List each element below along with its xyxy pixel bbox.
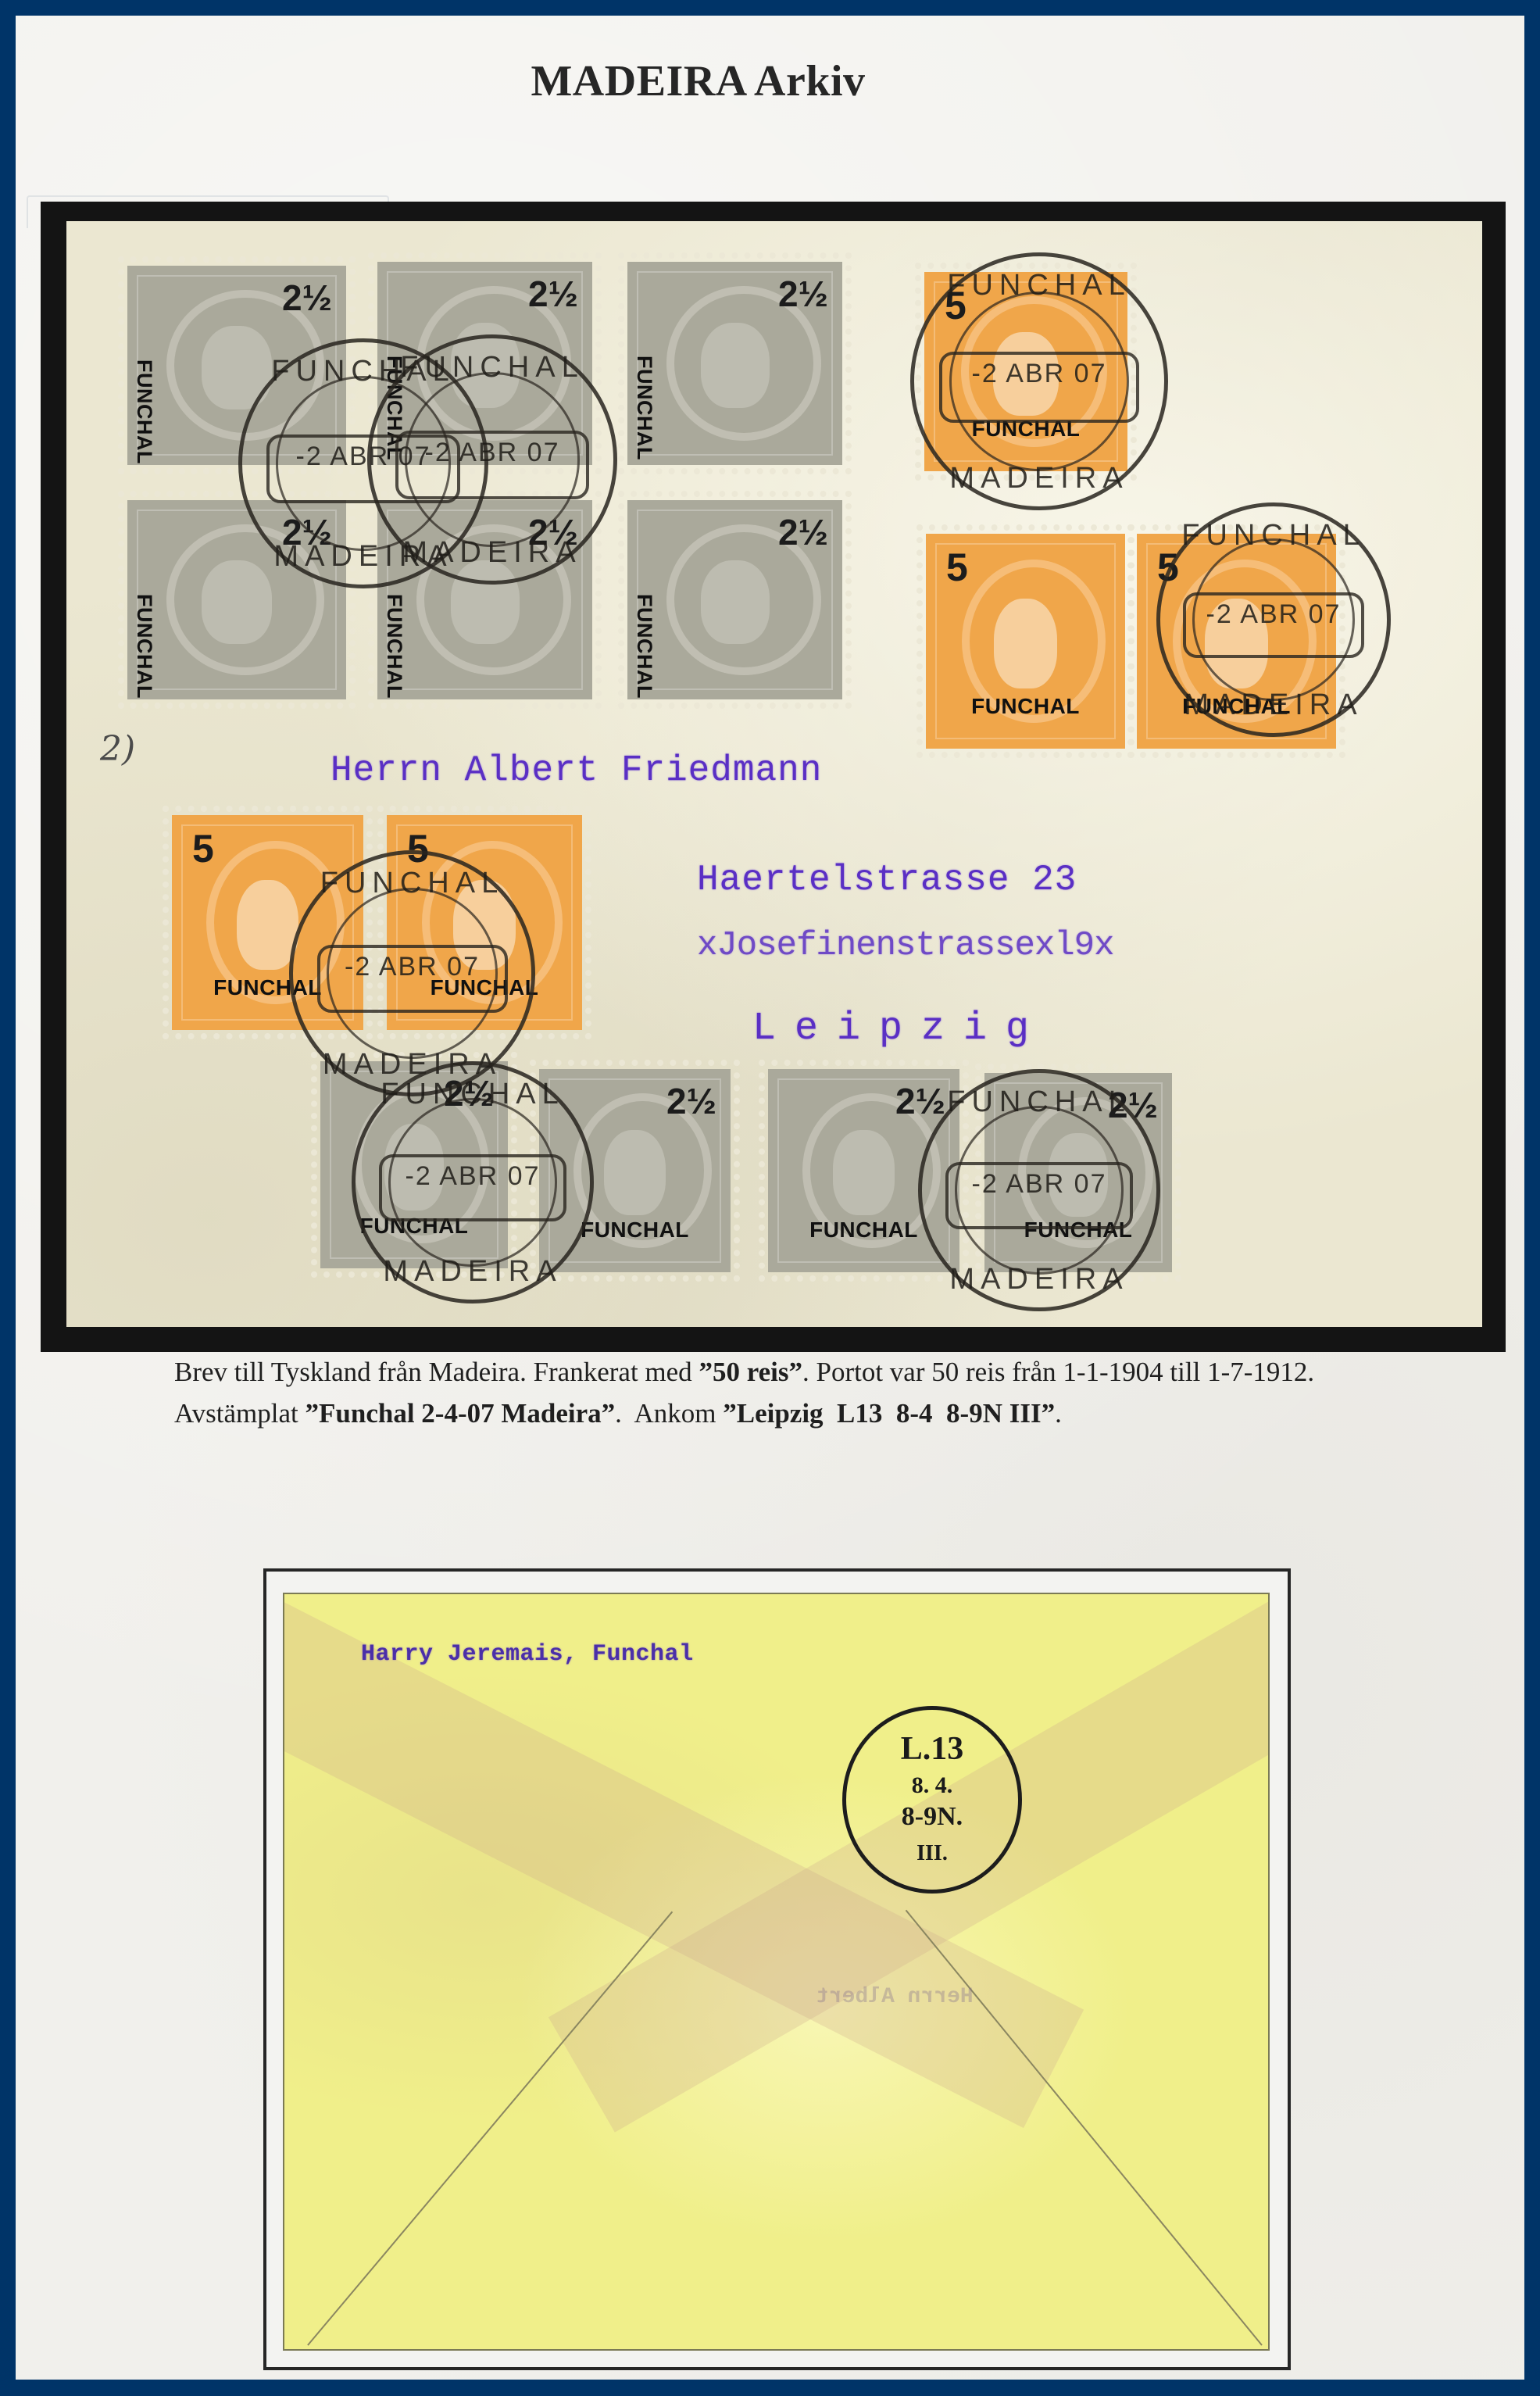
stamp-value: 2½ (1108, 1084, 1158, 1126)
postmark-line: 8. 4. (846, 1772, 1018, 1799)
album-page: MADEIRA Arkiv 2) Herrn Albert Friedmann … (16, 16, 1524, 2380)
king-portrait (701, 560, 770, 644)
king-portrait (451, 560, 520, 644)
stamp-overprint: FUNCHAL (768, 1218, 959, 1243)
postage-stamp: 2½FUNCHAL (127, 266, 346, 465)
envelope-flap-lines (284, 1594, 1268, 2349)
king-portrait (1205, 599, 1269, 689)
king-portrait (994, 599, 1058, 689)
stamp-overprint: FUNCHAL (632, 356, 656, 460)
caption-emphasis: ”Leipzig L13 8-4 8-9N III” (723, 1398, 1055, 1429)
king-portrait (202, 560, 272, 644)
stamp-overprint: FUNCHAL (539, 1218, 731, 1243)
addressee-name: Herrn Albert Friedmann (331, 750, 822, 791)
king-portrait (453, 880, 516, 971)
stamp-overprint: FUNCHAL (320, 1214, 508, 1239)
king-portrait (384, 1124, 445, 1211)
postage-stamp: 2½FUNCHAL (320, 1061, 508, 1268)
stamp-value: 5 (945, 283, 967, 328)
stamp-value: 2½ (666, 1080, 716, 1122)
caption-emphasis: ”Funchal 2-4-07 Madeira” (305, 1398, 616, 1429)
stamp-value: 2½ (282, 277, 332, 319)
stamp-value: 2½ (528, 511, 578, 553)
stamp-overprint: FUNCHAL (1137, 694, 1336, 719)
postage-stamp: 5FUNCHAL (924, 272, 1127, 471)
struck-out-address-line: xJosefinenstrassexl9x (697, 926, 1114, 965)
stamp-value: 2½ (282, 511, 332, 553)
pencil-margin-note: 2) (100, 729, 135, 769)
stamp-overprint: FUNCHAL (172, 975, 363, 1000)
addressee-street: Haertelstrasse 23 (697, 860, 1077, 900)
addressee-city: Leipzig (752, 1007, 1048, 1051)
show-through-text: Herrn Albert (816, 1985, 974, 2009)
postage-stamp: 2½FUNCHAL (127, 500, 346, 699)
caption-text: . (1055, 1398, 1062, 1429)
caption-emphasis: ”50 reis” (699, 1357, 802, 1387)
king-portrait (701, 323, 770, 408)
sender-name: Harry Jeremais, Funchal (361, 1641, 694, 1668)
king-portrait (993, 332, 1058, 416)
stamp-overprint: FUNCHAL (382, 594, 406, 699)
back-cover-envelope: Harry Jeremais, Funchal Herrn Albert L.1… (283, 1593, 1270, 2351)
postmark-line: 8-9N. (846, 1802, 1018, 1832)
king-portrait (604, 1130, 665, 1215)
postage-stamp: 2½FUNCHAL (377, 262, 592, 465)
caption-line-2: Avstämplat ”Funchal 2-4-07 Madeira”. Ank… (174, 1398, 1062, 1429)
stamp-overprint: FUNCHAL (632, 594, 656, 699)
postmark-line: L.13 (846, 1730, 1018, 1768)
stamp-overprint: FUNCHAL (984, 1218, 1172, 1243)
stamp-overprint: FUNCHAL (387, 975, 582, 1000)
stamp-value: 2½ (778, 273, 828, 315)
king-portrait (1049, 1133, 1109, 1217)
stamp-value: 5 (1157, 545, 1179, 590)
caption-text: Avstämplat (174, 1398, 305, 1429)
stamp-overprint: FUNCHAL (132, 359, 156, 464)
king-portrait (833, 1130, 894, 1215)
postage-stamp: 5FUNCHAL (387, 815, 582, 1030)
caption-line-1: Brev till Tyskland från Madeira. Franker… (174, 1357, 1314, 1388)
stamp-value: 2½ (444, 1072, 494, 1114)
page-title-text: MADEIRA Arkiv (531, 57, 865, 105)
king-portrait (202, 326, 272, 409)
postage-stamp: 5FUNCHAL (172, 815, 363, 1030)
postage-stamp: 2½FUNCHAL (984, 1073, 1172, 1272)
king-portrait (451, 323, 520, 408)
postage-stamp: 5FUNCHAL (926, 534, 1125, 749)
stamp-value: 5 (407, 826, 429, 871)
stamp-value: 2½ (778, 511, 828, 553)
caption-text: . Portot var 50 reis från 1-1-1904 till … (802, 1357, 1314, 1387)
postage-stamp: 2½FUNCHAL (627, 500, 842, 699)
front-cover-envelope: 2) Herrn Albert Friedmann Haertelstrasse… (66, 221, 1482, 1327)
postage-stamp: 2½FUNCHAL (377, 500, 592, 699)
caption-text: Brev till Tyskland från Madeira. Franker… (174, 1357, 699, 1387)
postage-stamp: 2½FUNCHAL (768, 1069, 959, 1272)
stamp-overprint: FUNCHAL (924, 417, 1127, 442)
page-title: MADEIRA Arkiv (16, 56, 1524, 106)
postage-stamp: 5FUNCHAL (1137, 534, 1336, 749)
stamp-overprint: FUNCHAL (132, 594, 156, 699)
stamp-value: 2½ (528, 273, 578, 315)
stamp-overprint: FUNCHAL (382, 356, 406, 460)
arrival-postmark: L.13 8. 4. 8-9N. III. (842, 1706, 1022, 1894)
stamp-value: 5 (946, 545, 968, 590)
postmark-line: III. (846, 1841, 1018, 1866)
stamp-overprint: FUNCHAL (926, 694, 1125, 719)
postage-stamp: 2½FUNCHAL (627, 262, 842, 465)
stamp-value: 2½ (895, 1080, 945, 1122)
king-portrait (237, 880, 298, 971)
caption-text: . Ankom (615, 1398, 723, 1429)
postage-stamp: 2½FUNCHAL (539, 1069, 731, 1272)
stamp-value: 5 (192, 826, 214, 871)
